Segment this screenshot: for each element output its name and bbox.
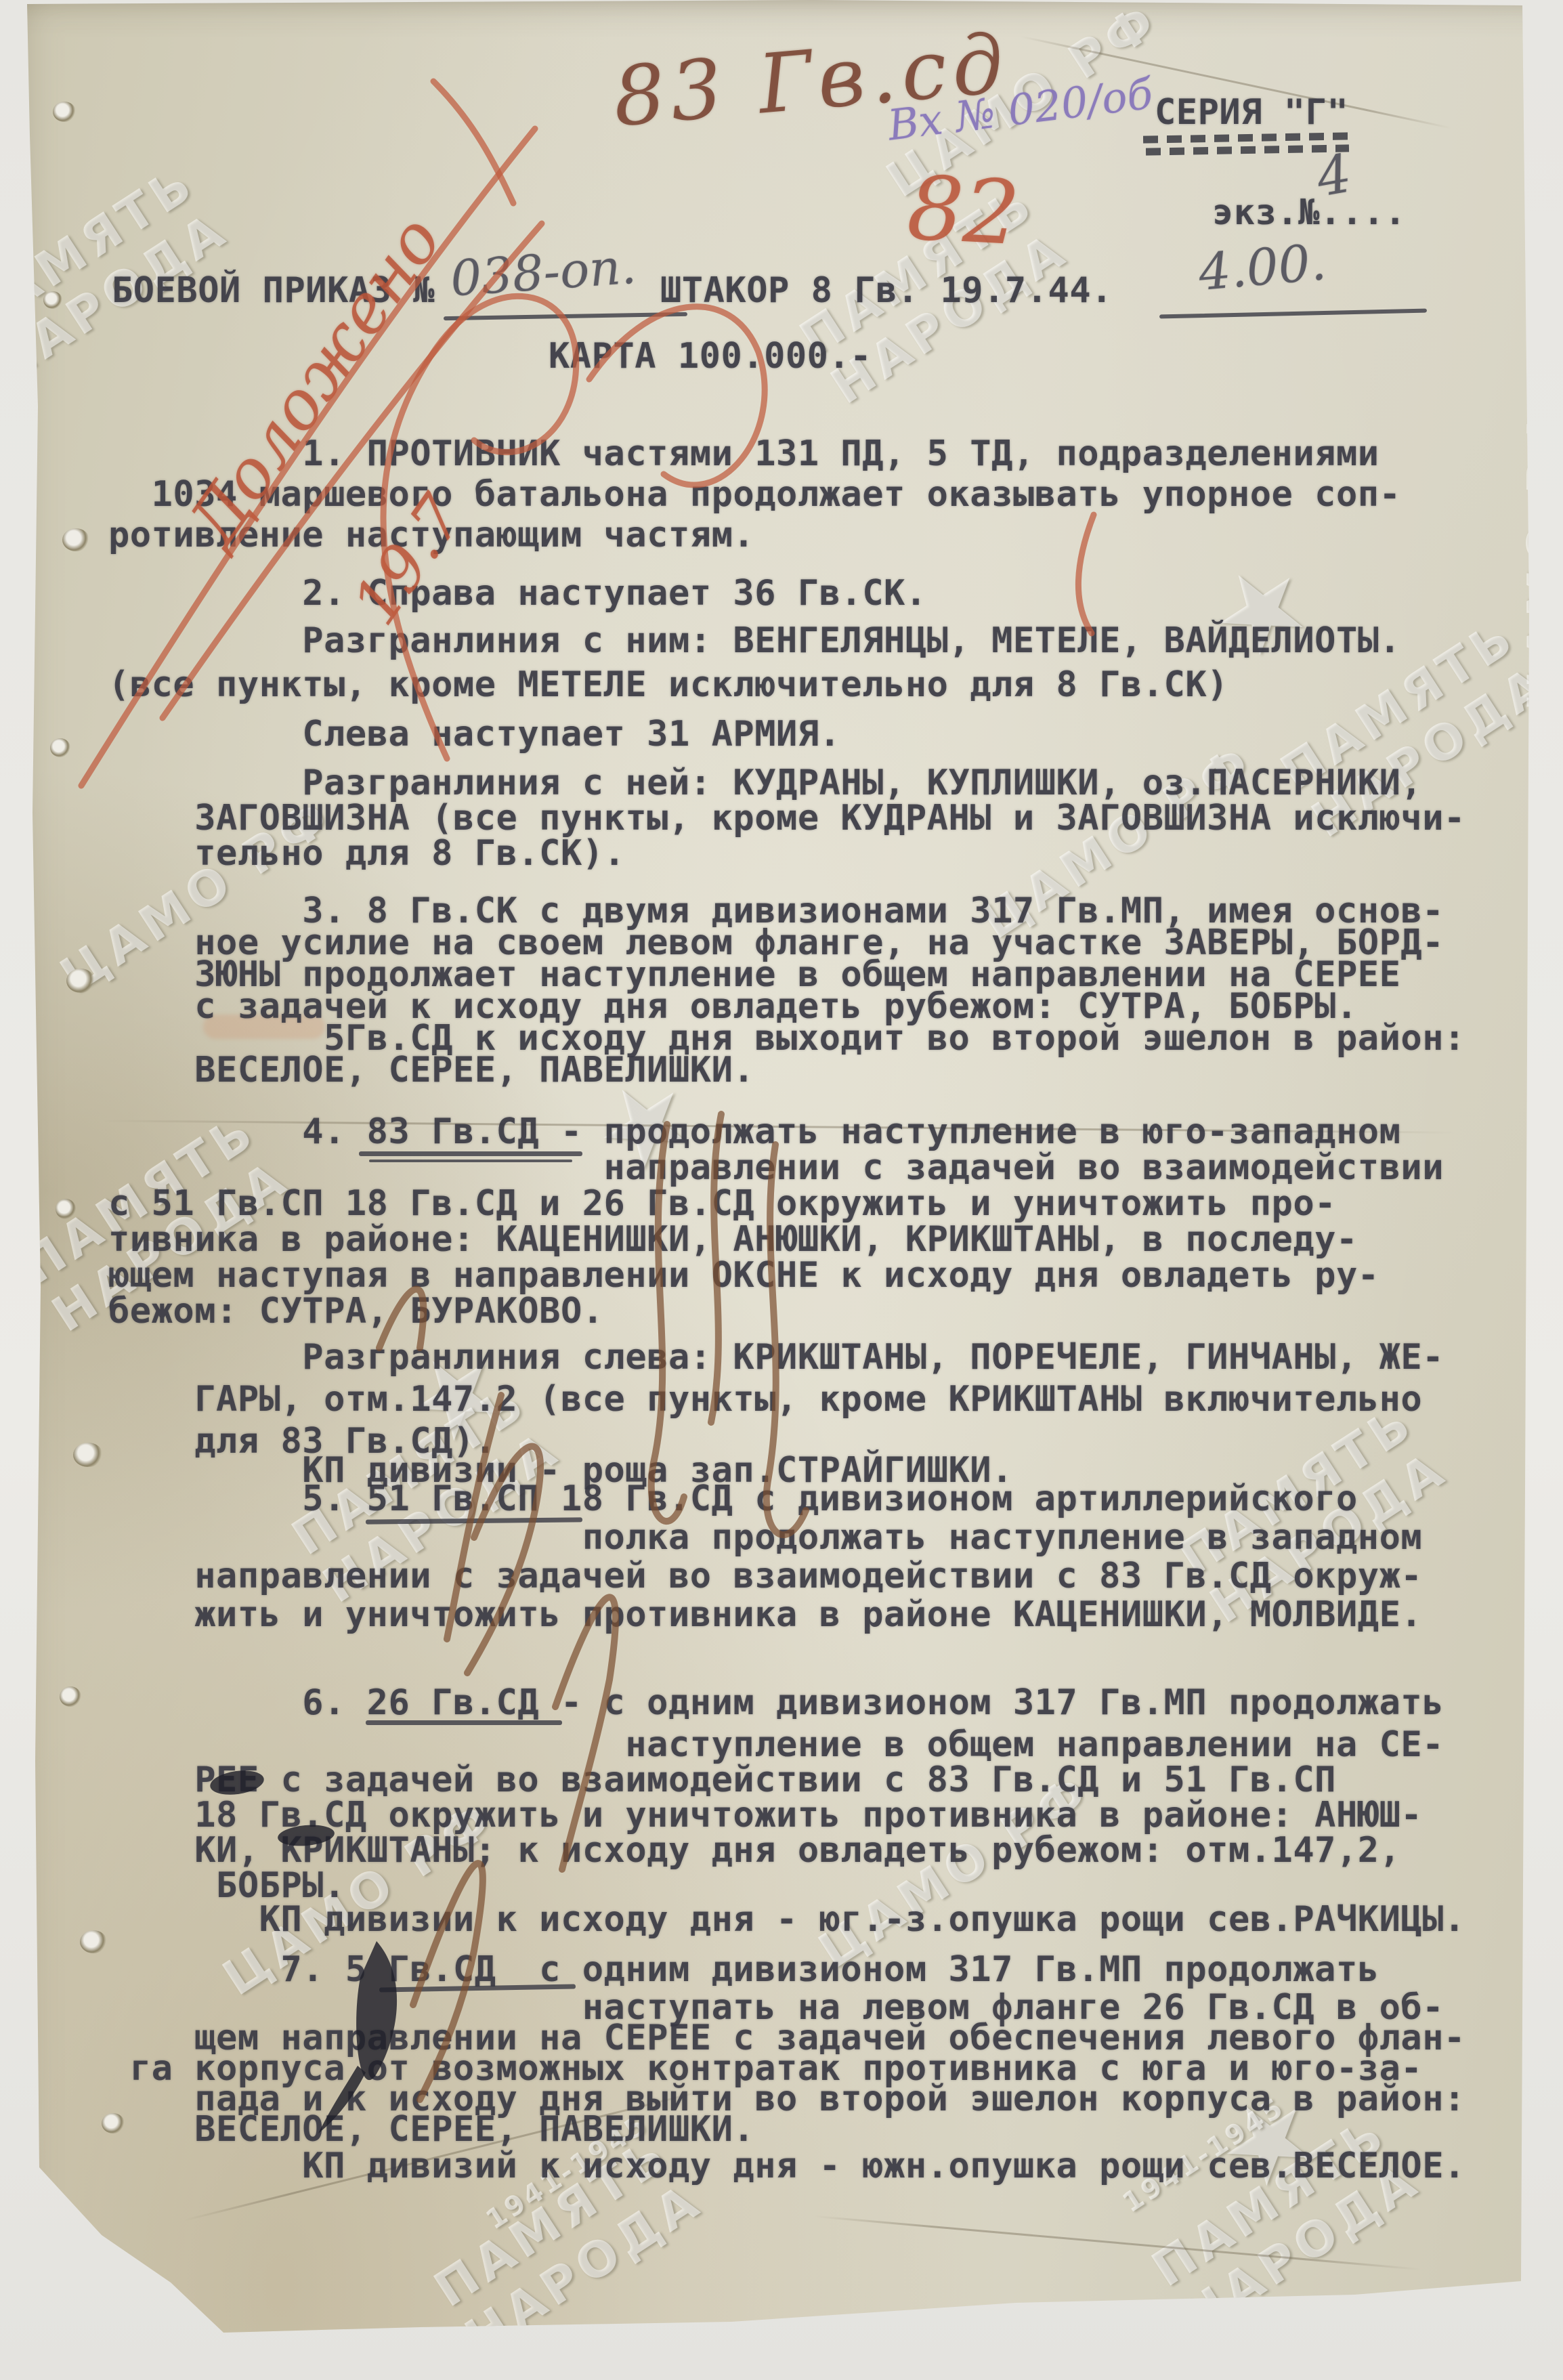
document-page: ЦАМО РФ ПАМЯТЬ НАРОДА ПАМЯТЬ НАРОДА ★ ПА… (0, 0, 1563, 2380)
scribbles-overlay (0, 0, 1563, 2380)
ink-blots (209, 1768, 397, 2133)
red-pencil-strokes (81, 81, 1094, 786)
scan-background: ЦАМО РФ ПАМЯТЬ НАРОДА ПАМЯТЬ НАРОДА ★ ПА… (0, 0, 1563, 2380)
brown-pencil-strokes (379, 1114, 806, 2100)
